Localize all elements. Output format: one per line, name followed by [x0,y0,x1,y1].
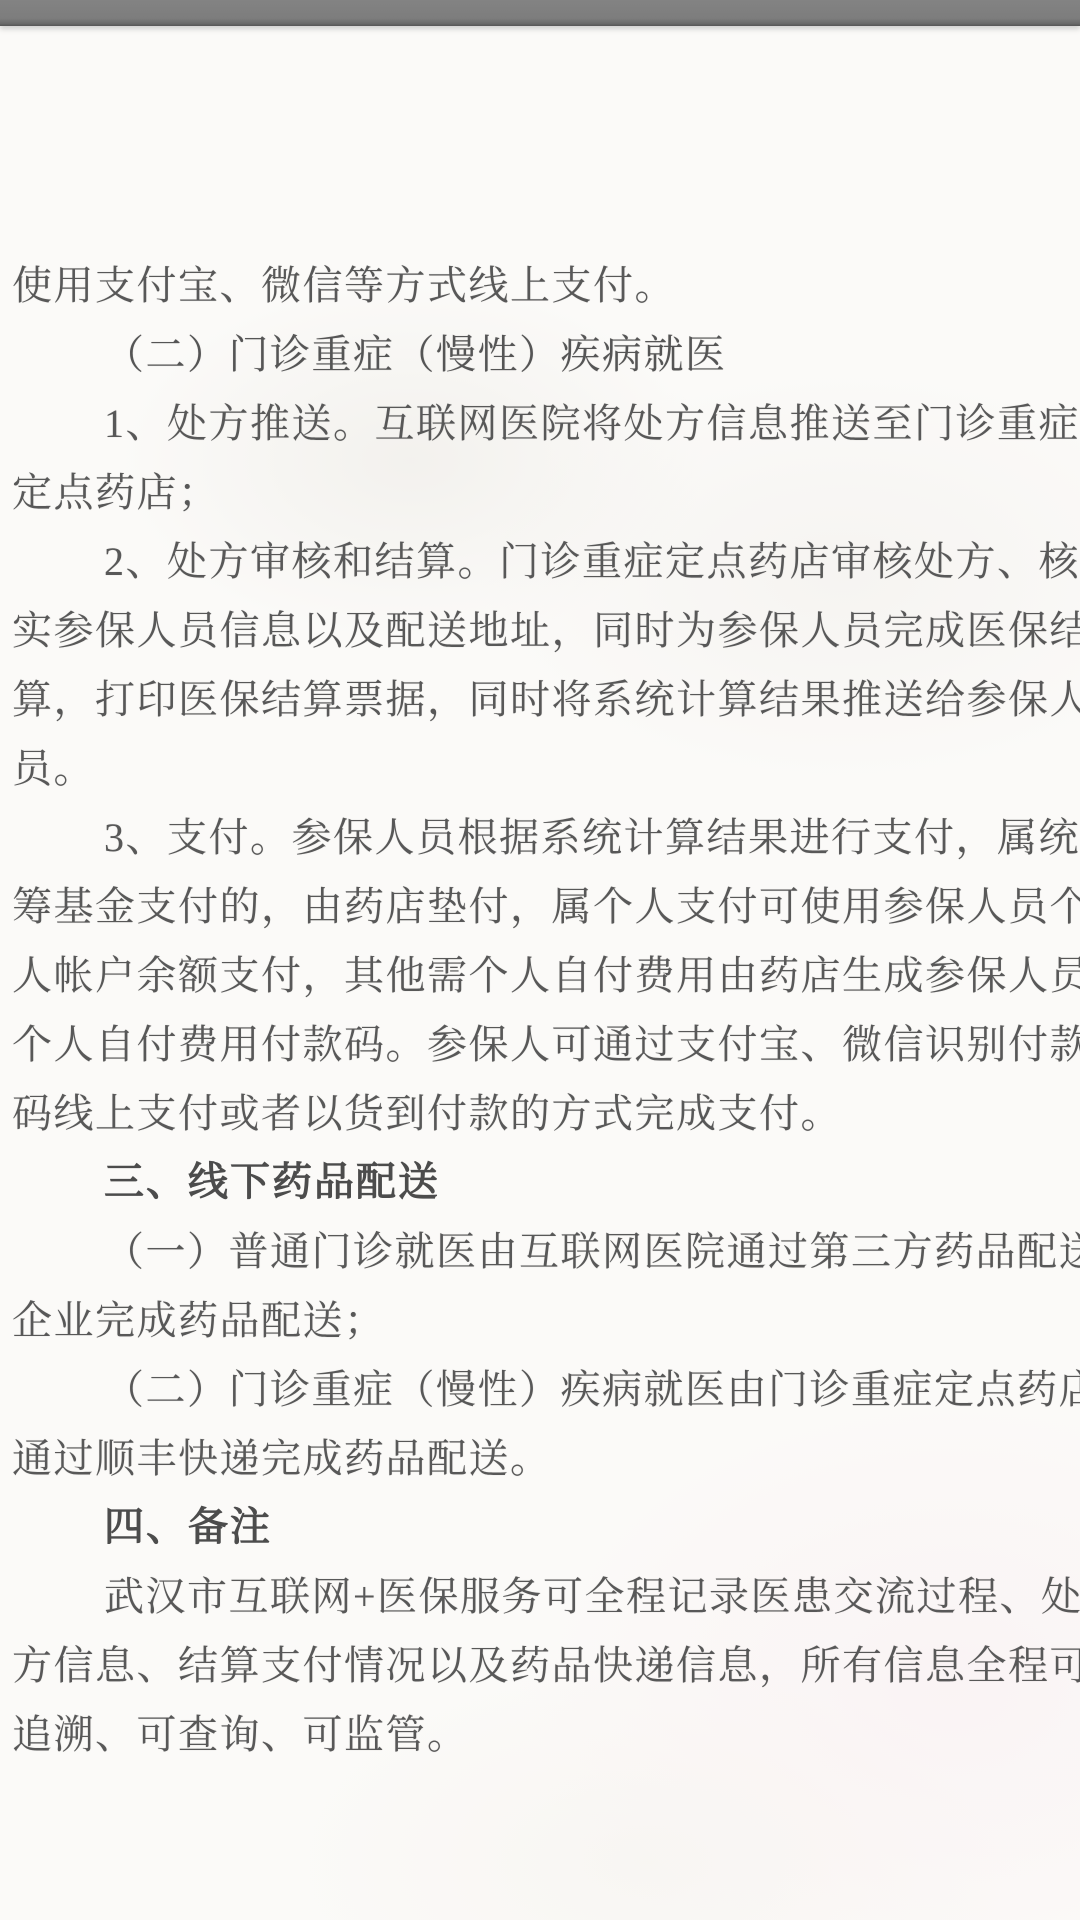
paragraph-line: 3、支付。参保人员根据系统计算结果进行支付，属统 [12,803,1040,872]
paragraph-line: 三、线下药品配送 [12,1148,1040,1217]
sub-heading: （二）门诊重症（慢性）疾病就医 [12,320,1040,389]
paragraph-line: 方信息、结算支付情况以及药品快递信息，所有信息全程可 [12,1631,1040,1700]
paragraph: 使用支付宝、微信等方式线上支付。 [12,251,1040,320]
paragraph-line: 2、处方审核和结算。门诊重症定点药店审核处方、核 [12,527,1040,596]
paragraph-line: （二）门诊重症（慢性）疾病就医由门诊重症定点药店 [12,1355,1040,1424]
paragraph-line: 四、备注 [12,1493,1040,1562]
paragraph: 武汉市互联网+医保服务可全程记录医患交流过程、处方信息、结算支付情况以及药品快递… [12,1562,1040,1769]
paragraph: 3、支付。参保人员根据系统计算结果进行支付，属统筹基金支付的，由药店垫付，属个人… [12,803,1040,1148]
paragraph-line: 使用支付宝、微信等方式线上支付。 [12,251,1040,320]
paragraph: （一）普通门诊就医由互联网医院通过第三方药品配送企业完成药品配送； [12,1217,1040,1355]
paragraph-line: （一）普通门诊就医由互联网医院通过第三方药品配送 [12,1217,1040,1286]
paragraph-line: 定点药店； [12,458,1040,527]
paragraph-line: 实参保人员信息以及配送地址，同时为参保人员完成医保结 [12,596,1040,665]
paragraph-line: 码线上支付或者以货到付款的方式完成支付。 [12,1079,1040,1148]
section-heading: 三、线下药品配送 [12,1148,1040,1217]
paragraph-line: 筹基金支付的，由药店垫付，属个人支付可使用参保人员个 [12,872,1040,941]
paragraph-line: （二）门诊重症（慢性）疾病就医 [12,320,1040,389]
section-heading: 四、备注 [12,1493,1040,1562]
paragraph: 1、处方推送。互联网医院将处方信息推送至门诊重症定点药店； [12,389,1040,527]
paragraph: 2、处方审核和结算。门诊重症定点药店审核处方、核实参保人员信息以及配送地址，同时… [12,527,1040,803]
screenshot-root: { "page": { "kind": "scanned-document-ph… [0,0,1080,1920]
paragraph-line: 算，打印医保结算票据，同时将系统计算结果推送给参保人 [12,665,1040,734]
document-page: 使用支付宝、微信等方式线上支付。（二）门诊重症（慢性）疾病就医1、处方推送。互联… [12,251,1040,1769]
paragraph-line: 通过顺丰快递完成药品配送。 [12,1424,1040,1493]
top-letterbox-bar [0,0,1080,26]
paragraph-line: 武汉市互联网+医保服务可全程记录医患交流过程、处 [12,1562,1040,1631]
paragraph-line: 追溯、可查询、可监管。 [12,1700,1040,1769]
paragraph-line: 企业完成药品配送； [12,1286,1040,1355]
paragraph-line: 1、处方推送。互联网医院将处方信息推送至门诊重症 [12,389,1040,458]
paragraph: （二）门诊重症（慢性）疾病就医由门诊重症定点药店通过顺丰快递完成药品配送。 [12,1355,1040,1493]
paragraph-line: 员。 [12,734,1040,803]
paragraph-line: 个人自付费用付款码。参保人可通过支付宝、微信识别付款 [12,1010,1040,1079]
paragraph-line: 人帐户余额支付，其他需个人自付费用由药店生成参保人员 [12,941,1040,1010]
